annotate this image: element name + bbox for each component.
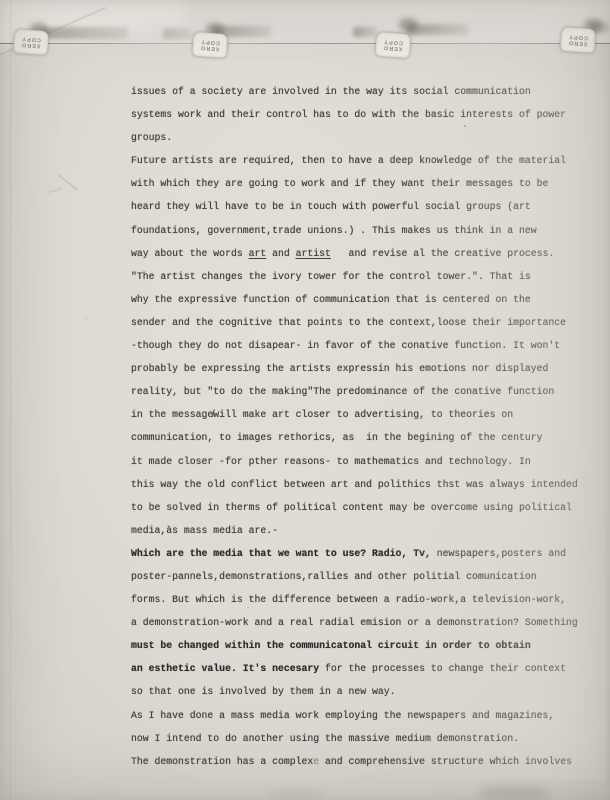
text-segment: -though they do not disapear- in favor o…	[131, 340, 560, 351]
text-line: "The artist changes the ivory tower for …	[131, 265, 606, 288]
small-crease-mark	[48, 188, 62, 193]
text-line: a demonstration-work and a real radial e…	[131, 611, 606, 634]
paper-speck	[464, 125, 466, 127]
xerox-copy-stamp: XERO COPY	[193, 33, 227, 57]
smudge-band	[42, 27, 128, 39]
text-line: communication, to images rethorics, as i…	[131, 426, 606, 449]
left-crease-line	[10, 0, 11, 800]
text-segment: for the processes to change their contex…	[319, 663, 566, 674]
text-line: an esthetic value. It's necesary for the…	[131, 657, 606, 680]
text-line: way about the words art and artist and r…	[131, 242, 606, 265]
text-segment: and	[266, 248, 295, 259]
text-segment: poster-pannels,demonstrations,rallies an…	[131, 571, 537, 582]
text-segment: media,às mass media are.-	[131, 525, 278, 536]
smudge-band	[163, 28, 193, 39]
text-line: reality, but "to do the making"The predo…	[131, 380, 606, 403]
stamp-text-copy: COPY	[568, 33, 588, 41]
text-line: media,às mass media are.-	[131, 519, 606, 542]
xerox-copy-stamp-label: XERO COPY	[375, 32, 411, 58]
text-segment: groups.	[131, 132, 172, 143]
text-line: -though they do not disapear- in favor o…	[131, 334, 606, 357]
text-line: systems work and their control has to do…	[131, 103, 606, 126]
xerox-copy-stamp-label: XERO COPY	[560, 27, 596, 53]
text-line: this way the old conflict between art an…	[131, 473, 606, 496]
text-line: in the message̸will make art closer to a…	[131, 403, 606, 426]
text-segment: systems work and their control has to do…	[131, 109, 566, 120]
xerox-copy-stamp: XERO COPY	[561, 28, 595, 52]
text-segment: "The artist changes the ivory tower for …	[131, 271, 531, 282]
smudge-band	[353, 27, 377, 37]
text-line: to be solved in therms of political cont…	[131, 496, 606, 519]
typewritten-text: issues of a society are involved in the …	[131, 80, 606, 773]
text-line: why the expressive function of communica…	[131, 288, 606, 311]
xerox-copy-stamp: XERO COPY	[14, 30, 48, 54]
text-line: with which they are going to work and if…	[131, 172, 606, 195]
text-segment: newspapers,posters and	[431, 548, 566, 559]
smudge-band	[407, 24, 469, 35]
text-segment: and revise al the creative process.	[331, 248, 554, 259]
text-line: must be changed within the communicatona…	[131, 634, 606, 657]
text-segment: foundations, government,trade unions.) .…	[131, 225, 537, 236]
text-segment: forms. But which is the difference betwe…	[131, 594, 566, 605]
text-segment: Which are the media that we want to use?…	[131, 548, 431, 559]
text-line: foundations, government,trade unions.) .…	[131, 219, 606, 242]
text-segment: why the expressive function of communica…	[131, 294, 531, 305]
text-segment: Future artists are required, then to hav…	[131, 155, 566, 166]
scanned-page: XERO COPY XERO COPY XERO COPY XERO COPY …	[0, 0, 610, 800]
text-segment: art	[249, 248, 267, 259]
text-segment: The demonstration has a complex	[131, 756, 313, 767]
paper-speck	[247, 607, 249, 609]
text-segment: in the message̸will make art closer to a…	[131, 409, 513, 420]
text-segment: issues of a society are involved in the …	[131, 86, 531, 97]
text-line: heard they will have to be in touch with…	[131, 195, 606, 218]
text-segment: reality, but "to do the making"The predo…	[131, 386, 554, 397]
text-segment: way about the words	[131, 248, 249, 259]
bottom-edge-smudge	[266, 790, 326, 799]
text-segment: As I have done a mass media work employi…	[131, 710, 554, 721]
text-line: issues of a society are involved in the …	[131, 80, 606, 103]
text-line: As I have done a mass media work employi…	[131, 704, 606, 727]
stamp-text-copy: COPY	[383, 38, 403, 46]
text-segment: with which they are going to work and if…	[131, 178, 548, 189]
stamp-text-copy: COPY	[200, 38, 220, 46]
text-segment: sender and the cognitive that points to …	[131, 317, 566, 328]
text-segment: a demonstration-work and a real radial e…	[131, 617, 578, 628]
text-segment: it made closer -for pther reasons- to ma…	[131, 456, 531, 467]
text-segment: e	[313, 756, 319, 767]
text-segment: an esthetic value. It's necesary	[131, 663, 319, 674]
text-line: Future artists are required, then to hav…	[131, 149, 606, 172]
text-segment: heard they will have to be in touch with…	[131, 201, 531, 212]
text-line: probably be expressing the artists expre…	[131, 357, 606, 380]
xerox-copy-stamp-label: XERO COPY	[13, 29, 49, 55]
xerox-copy-stamp-label: XERO COPY	[192, 32, 228, 58]
text-line: forms. But which is the difference betwe…	[131, 588, 606, 611]
text-segment: communication, to images rethorics, as i…	[131, 432, 543, 443]
text-line: sender and the cognitive that points to …	[131, 311, 606, 334]
text-segment: this way the old conflict between art an…	[131, 479, 578, 490]
text-segment: probably be expressing the artists expre…	[131, 363, 548, 374]
text-segment: now I intend to do another using the mas…	[131, 733, 519, 744]
text-line: Which are the media that we want to use?…	[131, 542, 606, 565]
text-segment: so that one is involved by them in a new…	[131, 686, 396, 697]
text-line: groups.	[131, 126, 606, 149]
bottom-edge-smudge	[478, 787, 550, 799]
page-seam-line	[0, 43, 610, 44]
stamp-text-copy: COPY	[21, 35, 41, 43]
xerox-copy-stamp: XERO COPY	[376, 33, 410, 57]
text-segment: to be solved in therms of political cont…	[131, 502, 572, 513]
text-segment: must be changed within the communicatona…	[131, 640, 531, 651]
text-line: now I intend to do another using the mas…	[131, 727, 606, 750]
text-line: so that one is involved by them in a new…	[131, 680, 606, 703]
paper-speck	[86, 318, 88, 319]
text-line: poster-pannels,demonstrations,rallies an…	[131, 565, 606, 588]
text-line: it made closer -for pther reasons- to ma…	[131, 450, 606, 473]
text-line: The demonstration has a complexe and com…	[131, 750, 606, 773]
text-segment: artist	[296, 248, 331, 259]
text-segment: and comprehensive structure which involv…	[319, 756, 572, 767]
